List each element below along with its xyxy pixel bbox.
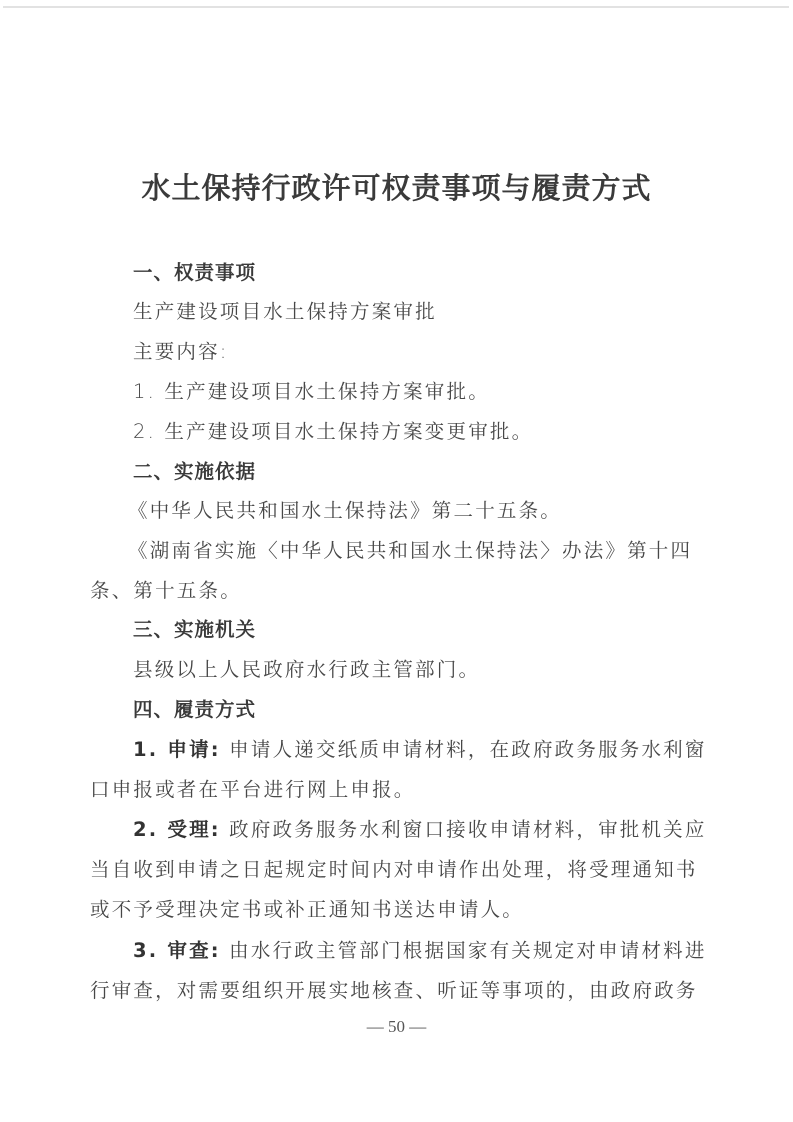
scan-edge-line	[3, 6, 789, 8]
section-heading-3: 三、实施机关	[133, 614, 256, 642]
step-text-continued: 口申报或者在平台进行网上申报。	[90, 774, 416, 802]
step-text-continued: 或不予受理决定书或补正通知书送达申请人。	[90, 894, 524, 922]
section-heading-2: 二、实施依据	[133, 456, 256, 484]
step-apply: 1. 申请: 申请人递交纸质申请材料，在政府政务服务水利窗	[133, 734, 707, 762]
page-number: — 50 —	[0, 1017, 793, 1037]
section-heading-1: 一、权责事项	[133, 257, 256, 285]
basis-line: 《湖南省实施〈中华人民共和国水土保持法〉办法》第十四	[128, 535, 692, 563]
step-label: 1. 申请:	[133, 738, 221, 761]
list-item: 2. 生产建设项目水土保持方案变更审批。	[133, 416, 533, 444]
step-accept: 2. 受理: 政府政务服务水利窗口接收申请材料，审批机关应	[133, 814, 707, 842]
step-review: 3. 审查: 由水行政主管部门根据国家有关规定对申请材料进	[133, 935, 707, 963]
step-text: 由水行政主管部门根据国家有关规定对申请材料进	[229, 939, 706, 962]
section-heading-4: 四、履责方式	[133, 694, 256, 722]
authority-text: 县级以上人民政府水行政主管部门。	[133, 654, 480, 682]
step-text: 申请人递交纸质申请材料，在政府政务服务水利窗	[229, 738, 706, 761]
step-label: 3. 审查:	[133, 939, 221, 962]
list-item: 1. 生产建设项目水土保持方案审批。	[133, 376, 490, 404]
basis-line: 条、第十五条。	[90, 575, 242, 603]
step-label: 2. 受理:	[133, 818, 221, 841]
step-text-continued: 当自收到申请之日起规定时间内对申请作出处理，将受理通知书	[90, 854, 698, 882]
item-name: 生产建设项目水土保持方案审批	[133, 296, 437, 324]
step-text: 政府政务服务水利窗口接收申请材料，审批机关应	[229, 818, 706, 841]
document-title: 水土保持行政许可权责事项与履责方式	[0, 166, 793, 207]
basis-line: 《中华人民共和国水土保持法》第二十五条。	[128, 495, 562, 523]
step-text-continued: 行审查，对需要组织开展实地核查、听证等事项的，由政府政务	[90, 975, 698, 1003]
content-label: 主要内容:	[133, 336, 229, 364]
